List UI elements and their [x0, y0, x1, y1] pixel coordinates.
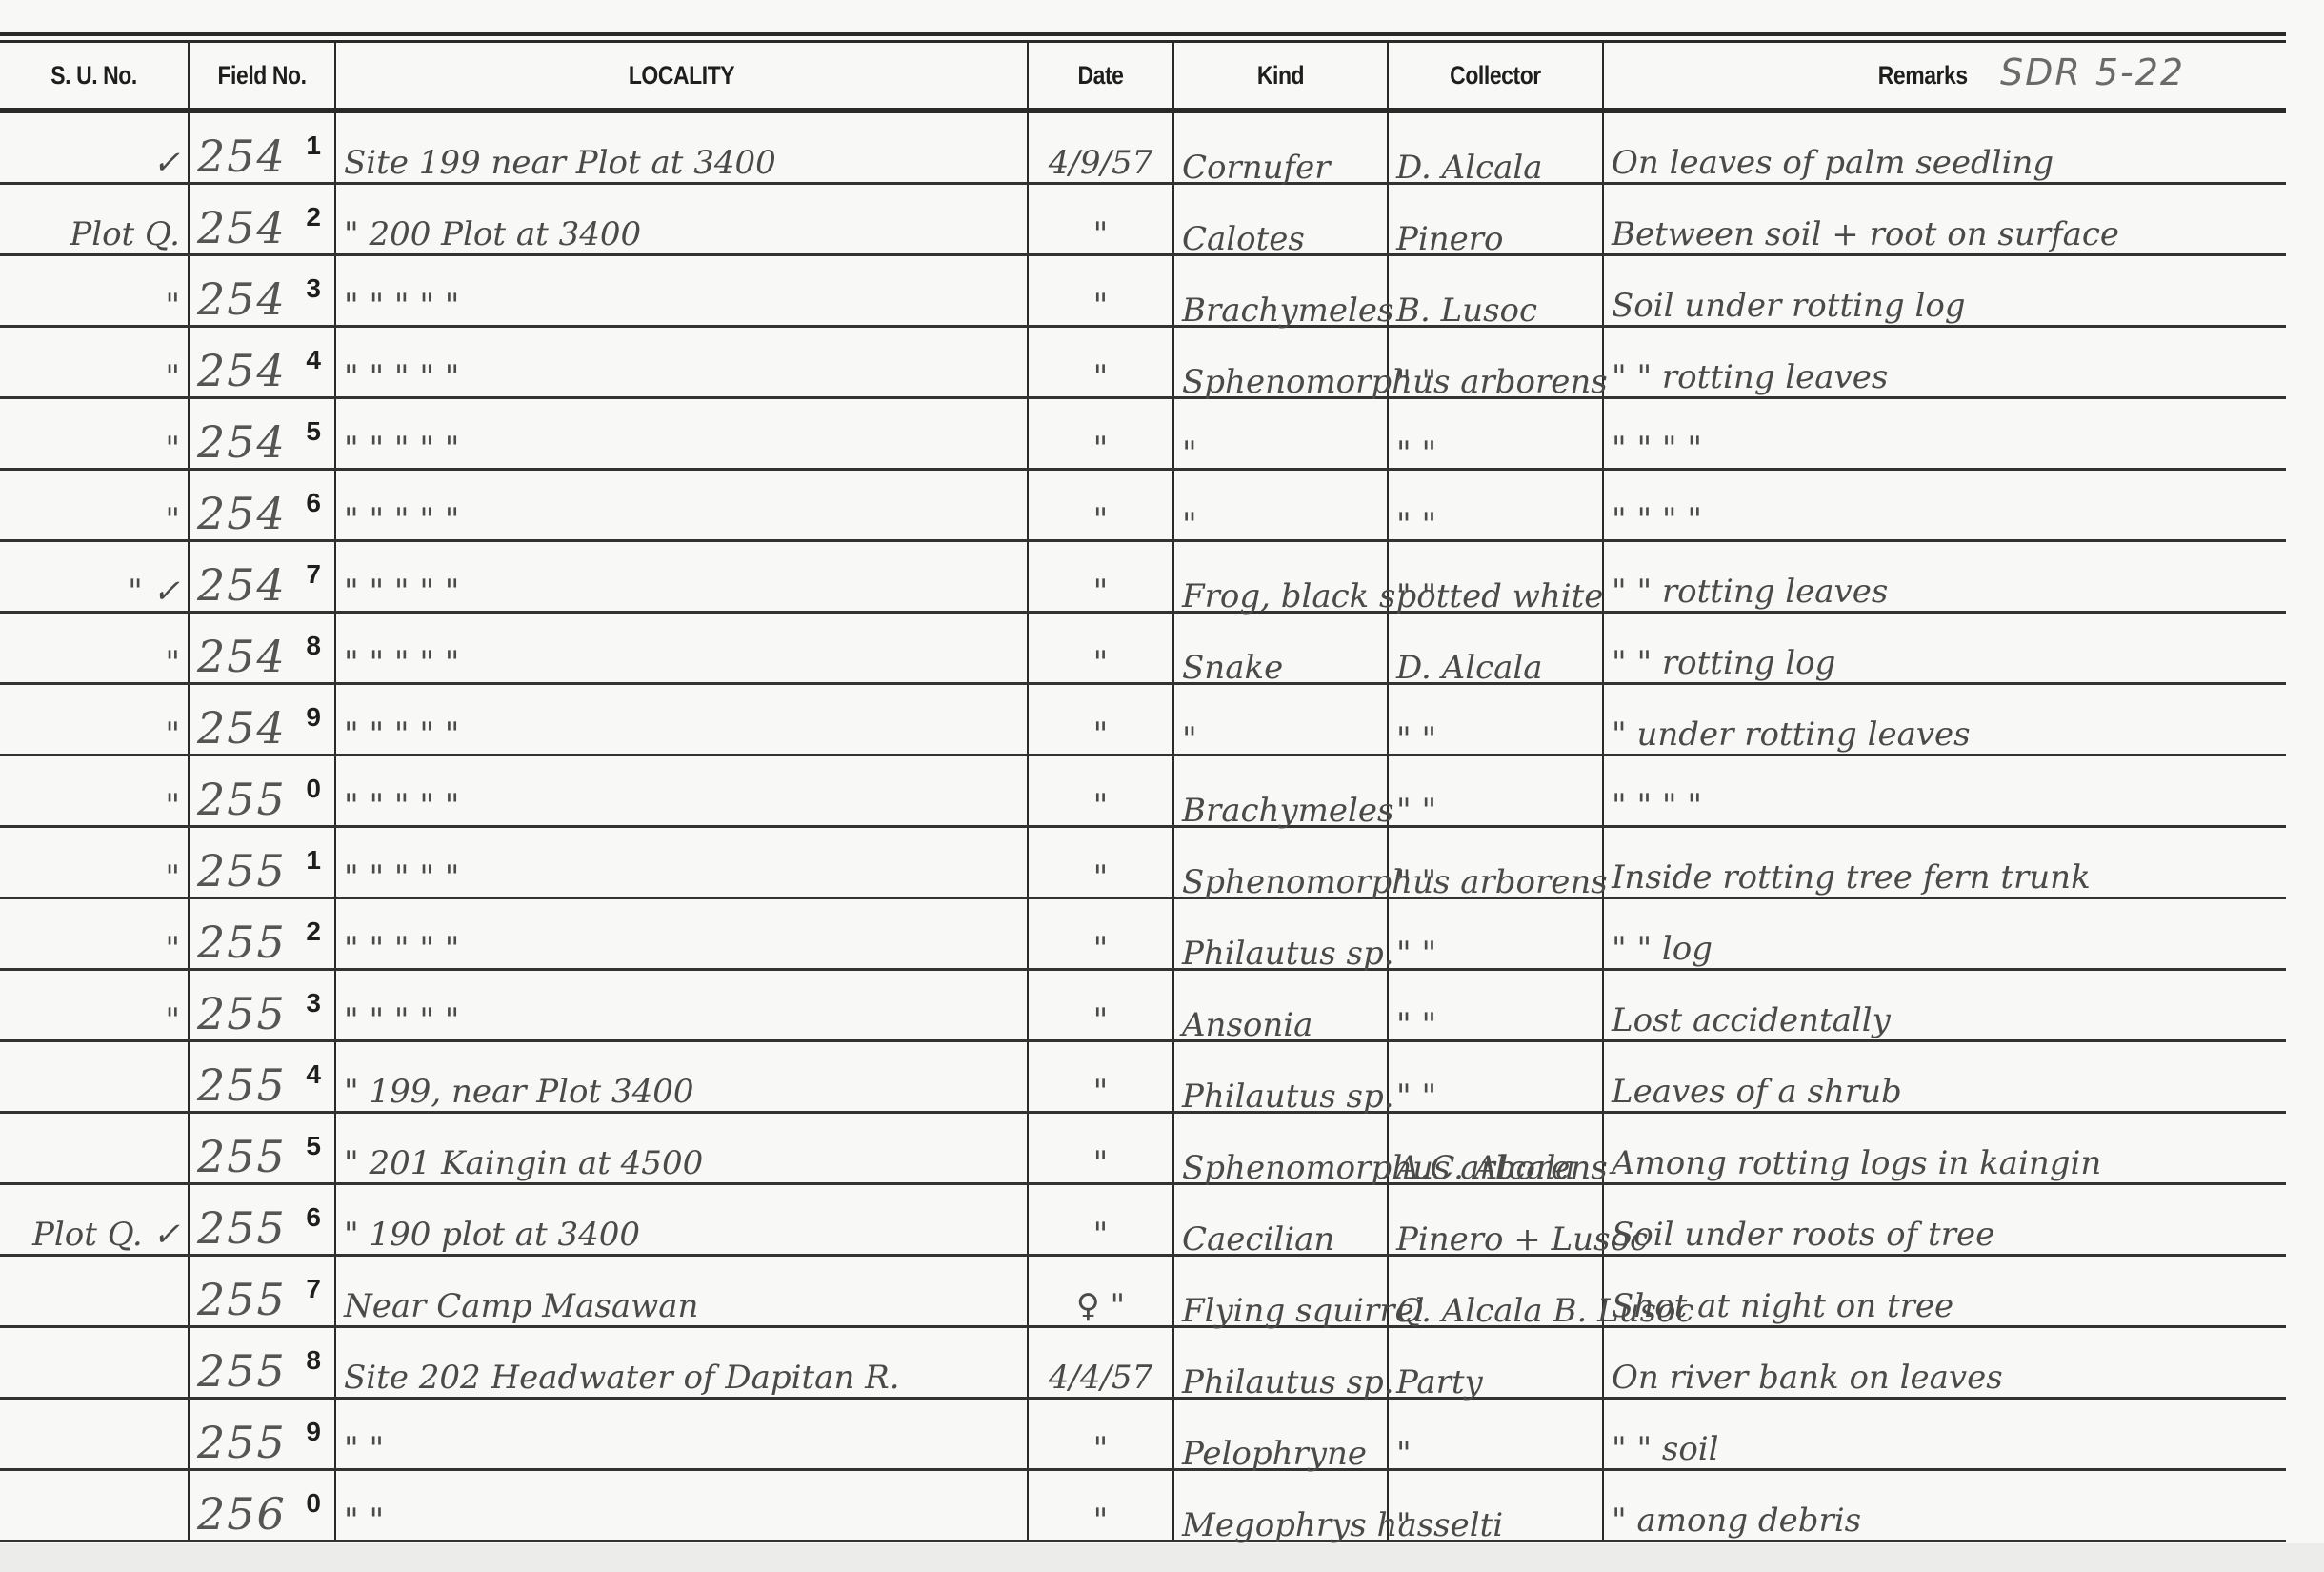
collector-cell: Party — [1388, 1327, 1603, 1399]
kind-cell: " — [1173, 398, 1388, 470]
collector-cell: " " — [1388, 970, 1603, 1041]
field-no-cell: 254 6 — [189, 470, 335, 541]
field-no-cell: 255 5 — [189, 1113, 335, 1184]
collector-cell: " " — [1388, 756, 1603, 827]
field-no-handwritten: 254 — [197, 345, 287, 396]
field-no-cell: 255 0 — [189, 756, 335, 827]
kind-cell: Brachymeles — [1173, 255, 1388, 327]
su-no-cell: " — [0, 827, 189, 898]
remarks-cell: " " rotting leaves — [1603, 327, 2286, 398]
date-cell: ♀ " — [1028, 1256, 1173, 1327]
locality-cell: Near Camp Masawan — [335, 1256, 1028, 1327]
date-cell: " — [1028, 1041, 1173, 1113]
header-field-no: Field No. — [200, 43, 325, 111]
field-no-handwritten: 255 — [197, 845, 287, 897]
table-row: " 255 2 " " " " " " Philautus sp. " " " … — [0, 898, 2286, 970]
field-no-printed-digit: 5 — [306, 1131, 321, 1161]
field-no-handwritten: 255 — [197, 774, 287, 825]
table-row: 255 4 " 199, near Plot 3400 " Philautus … — [0, 1041, 2286, 1113]
su-no-cell: " — [0, 398, 189, 470]
table-row: Plot Q. 254 2 " 200 Plot at 3400 " Calot… — [0, 184, 2286, 255]
collector-cell: Pinero + Lusoc — [1388, 1184, 1603, 1256]
table-body: ✓ 254 1 Site 199 near Plot at 3400 4/9/5… — [0, 111, 2286, 1542]
su-no-cell: " — [0, 613, 189, 684]
collector-cell: " " — [1388, 898, 1603, 970]
kind-cell: Cornufer — [1173, 111, 1388, 184]
locality-cell: " " " " " — [335, 255, 1028, 327]
table-row: 255 8 Site 202 Headwater of Dapitan R. 4… — [0, 1327, 2286, 1399]
collector-cell: " " — [1388, 827, 1603, 898]
table-row: " 254 5 " " " " " " " " " " " " " — [0, 398, 2286, 470]
collector-cell: " " — [1388, 470, 1603, 541]
header-date: Date — [1038, 43, 1162, 111]
field-no-cell: 254 8 — [189, 613, 335, 684]
locality-cell: " " " " " — [335, 613, 1028, 684]
header-su-no: S. U. No. — [14, 43, 174, 111]
su-no-cell: " — [0, 970, 189, 1041]
field-no-handwritten: 255 — [197, 917, 287, 968]
date-cell: " — [1028, 1184, 1173, 1256]
locality-cell: " 199, near Plot 3400 — [335, 1041, 1028, 1113]
date-cell: " — [1028, 470, 1173, 541]
su-no-cell — [0, 1470, 189, 1542]
field-no-printed-digit: 0 — [306, 774, 321, 804]
field-no-handwritten: 254 — [197, 631, 287, 682]
su-no-cell: " — [0, 684, 189, 756]
su-no-cell: " — [0, 898, 189, 970]
su-no-cell — [0, 1113, 189, 1184]
field-no-printed-digit: 2 — [306, 202, 321, 232]
date-cell: " — [1028, 1470, 1173, 1542]
locality-cell: " " " " " — [335, 327, 1028, 398]
locality-cell: " " " " " — [335, 398, 1028, 470]
header-row: S. U. No. Field No. LOCALITY Date Kind C… — [0, 43, 2286, 111]
collector-cell: " " — [1388, 684, 1603, 756]
header-locality: LOCALITY — [388, 43, 976, 111]
date-cell: 4/9/57 — [1028, 111, 1173, 184]
table-row: 255 5 " 201 Kaingin at 4500 " Sphenomorp… — [0, 1113, 2286, 1184]
collector-cell: " " — [1388, 1041, 1603, 1113]
date-cell: 4/4/57 — [1028, 1327, 1173, 1399]
field-no-cell: 255 4 — [189, 1041, 335, 1113]
remarks-cell: " " rotting log — [1603, 613, 2286, 684]
su-no-cell: " — [0, 327, 189, 398]
su-no-cell: ✓ — [0, 111, 189, 184]
kind-cell: " — [1173, 684, 1388, 756]
table-row: " ✓ 254 7 " " " " " " Frog, black spotte… — [0, 541, 2286, 613]
date-cell: " — [1028, 327, 1173, 398]
kind-cell: Pelophryne — [1173, 1399, 1388, 1470]
table-row: " 255 3 " " " " " " Ansonia " " Lost acc… — [0, 970, 2286, 1041]
locality-cell: " " " " " — [335, 684, 1028, 756]
locality-cell: " " " " " — [335, 541, 1028, 613]
remarks-cell: " under rotting leaves — [1603, 684, 2286, 756]
field-no-cell: 255 1 — [189, 827, 335, 898]
su-no-cell — [0, 1399, 189, 1470]
date-cell: " — [1028, 398, 1173, 470]
field-no-printed-digit: 3 — [306, 273, 321, 304]
field-no-cell: 254 2 — [189, 184, 335, 255]
date-cell: " — [1028, 684, 1173, 756]
field-no-handwritten: 256 — [197, 1488, 287, 1540]
remarks-cell: " " log — [1603, 898, 2286, 970]
locality-cell: " " — [335, 1399, 1028, 1470]
remarks-cell: Lost accidentally — [1603, 970, 2286, 1041]
table-row: " 254 9 " " " " " " " " " " under rottin… — [0, 684, 2286, 756]
table-row: 255 9 " " " Pelophryne " " " soil — [0, 1399, 2286, 1470]
kind-cell: Calotes — [1173, 184, 1388, 255]
field-no-handwritten: 254 — [197, 488, 287, 539]
date-cell: " — [1028, 898, 1173, 970]
locality-cell: Site 202 Headwater of Dapitan R. — [335, 1327, 1028, 1399]
locality-cell: " 190 plot at 3400 — [335, 1184, 1028, 1256]
collector-cell: Pinero — [1388, 184, 1603, 255]
field-no-cell: 254 4 — [189, 327, 335, 398]
su-no-cell: " — [0, 255, 189, 327]
field-no-handwritten: 254 — [197, 131, 287, 182]
field-no-printed-digit: 1 — [306, 131, 321, 161]
field-no-printed-digit: 1 — [306, 845, 321, 876]
ledger-sheet: S. U. No. Field No. LOCALITY Date Kind C… — [0, 0, 2324, 1572]
collector-cell: " — [1388, 1470, 1603, 1542]
collector-cell: Q. Alcala B. Lusoc — [1388, 1256, 1603, 1327]
kind-cell: Ansonia — [1173, 970, 1388, 1041]
su-no-cell: " — [0, 470, 189, 541]
date-cell: " — [1028, 613, 1173, 684]
table-row: " 254 3 " " " " " " Brachymeles B. Lusoc… — [0, 255, 2286, 327]
field-no-cell: 255 6 — [189, 1184, 335, 1256]
date-cell: " — [1028, 184, 1173, 255]
top-double-rule — [0, 32, 2286, 36]
date-cell: " — [1028, 541, 1173, 613]
collector-cell: B. Lusoc — [1388, 255, 1603, 327]
remarks-cell: " " soil — [1603, 1399, 2286, 1470]
remarks-cell: " among debris — [1603, 1470, 2286, 1542]
remarks-cell: Shot at night on tree — [1603, 1256, 2286, 1327]
field-no-handwritten: 255 — [197, 1345, 287, 1397]
table-row: 256 0 " " " Megophrys hasselti " " among… — [0, 1470, 2286, 1542]
field-no-printed-digit: 8 — [306, 1345, 321, 1376]
field-no-handwritten: 254 — [197, 416, 287, 468]
remarks-cell: Between soil + root on surface — [1603, 184, 2286, 255]
kind-cell: Sphenomorphus arborens — [1173, 327, 1388, 398]
table-row: " 255 1 " " " " " " Sphenomorphus arbore… — [0, 827, 2286, 898]
field-no-printed-digit: 9 — [306, 1417, 321, 1447]
locality-cell: " " " " " — [335, 827, 1028, 898]
kind-cell: Frog, black spotted white — [1173, 541, 1388, 613]
table-row: " 254 6 " " " " " " " " " " " " " — [0, 470, 2286, 541]
date-cell: " — [1028, 1113, 1173, 1184]
date-cell: " — [1028, 970, 1173, 1041]
field-no-printed-digit: 2 — [306, 917, 321, 947]
field-no-handwritten: 255 — [197, 1202, 287, 1254]
field-no-handwritten: 254 — [197, 273, 287, 325]
remarks-cell: Leaves of a shrub — [1603, 1041, 2286, 1113]
field-no-handwritten: 255 — [197, 1059, 287, 1111]
collector-cell: " " — [1388, 398, 1603, 470]
su-no-cell — [0, 1256, 189, 1327]
table-row: Plot Q. ✓ 255 6 " 190 plot at 3400 " Cae… — [0, 1184, 2286, 1256]
field-no-printed-digit: 0 — [306, 1488, 321, 1519]
field-no-cell: 255 7 — [189, 1256, 335, 1327]
field-no-printed-digit: 4 — [306, 1059, 321, 1090]
table-row: " 255 0 " " " " " " Brachymeles " " " " … — [0, 756, 2286, 827]
table-row: ✓ 254 1 Site 199 near Plot at 3400 4/9/5… — [0, 111, 2286, 184]
kind-cell: Sphenomorphus arborens — [1173, 827, 1388, 898]
remarks-cell: " " " " — [1603, 470, 2286, 541]
su-no-cell: Plot Q. — [0, 184, 189, 255]
kind-cell: Philautus sp. — [1173, 898, 1388, 970]
remarks-cell: On leaves of palm seedling — [1603, 111, 2286, 184]
remarks-cell: On river bank on leaves — [1603, 1327, 2286, 1399]
header-collector: Collector — [1404, 43, 1587, 111]
field-no-cell: 254 9 — [189, 684, 335, 756]
field-no-printed-digit: 9 — [306, 702, 321, 733]
remarks-cell: " " " " — [1603, 398, 2286, 470]
field-no-handwritten: 254 — [197, 702, 287, 754]
locality-cell: " " " " " — [335, 470, 1028, 541]
date-cell: " — [1028, 756, 1173, 827]
su-no-cell — [0, 1041, 189, 1113]
field-no-cell: 255 9 — [189, 1399, 335, 1470]
kind-cell: Philautus sp. — [1173, 1327, 1388, 1399]
catalog-table: S. U. No. Field No. LOCALITY Date Kind C… — [0, 43, 2286, 1542]
su-no-cell — [0, 1327, 189, 1399]
field-no-cell: 254 3 — [189, 255, 335, 327]
su-no-cell: Plot Q. ✓ — [0, 1184, 189, 1256]
date-cell: " — [1028, 1399, 1173, 1470]
table-row: 255 7 Near Camp Masawan ♀ " Flying squir… — [0, 1256, 2286, 1327]
table-row: " 254 4 " " " " " " Sphenomorphus arbore… — [0, 327, 2286, 398]
date-cell: " — [1028, 827, 1173, 898]
remarks-cell: " " " " — [1603, 756, 2286, 827]
field-no-cell: 254 5 — [189, 398, 335, 470]
field-no-printed-digit: 6 — [306, 1202, 321, 1233]
locality-cell: " " " " " — [335, 756, 1028, 827]
su-no-cell: " ✓ — [0, 541, 189, 613]
header-kind: Kind — [1190, 43, 1372, 111]
page-bottom-edge — [0, 1543, 2324, 1572]
kind-cell: Brachymeles — [1173, 756, 1388, 827]
remarks-cell: Among rotting logs in kaingin — [1603, 1113, 2286, 1184]
field-no-printed-digit: 5 — [306, 416, 321, 447]
kind-cell: Snake — [1173, 613, 1388, 684]
kind-cell: Sphenomorphus arborens — [1173, 1113, 1388, 1184]
field-no-cell: 255 8 — [189, 1327, 335, 1399]
field-no-cell: 256 0 — [189, 1470, 335, 1542]
field-no-printed-digit: 8 — [306, 631, 321, 661]
field-no-cell: 254 7 — [189, 541, 335, 613]
kind-cell: Philautus sp. — [1173, 1041, 1388, 1113]
field-no-printed-digit: 7 — [306, 559, 321, 590]
remarks-cell: Inside rotting tree fern trunk — [1603, 827, 2286, 898]
field-no-handwritten: 254 — [197, 202, 287, 253]
collector-cell: D. Alcala — [1388, 613, 1603, 684]
collector-cell: A.C. Alcala — [1388, 1113, 1603, 1184]
field-no-handwritten: 254 — [197, 559, 287, 611]
field-no-printed-digit: 7 — [306, 1274, 321, 1304]
collector-cell: " — [1388, 1399, 1603, 1470]
collector-cell: " " — [1388, 327, 1603, 398]
collector-cell: D. Alcala — [1388, 111, 1603, 184]
remarks-annotation: SDR 5-22 — [2000, 51, 2185, 93]
su-no-cell: " — [0, 756, 189, 827]
locality-cell: " 201 Kaingin at 4500 — [335, 1113, 1028, 1184]
kind-cell: Caecilian — [1173, 1184, 1388, 1256]
kind-cell: " — [1173, 470, 1388, 541]
remarks-cell: Soil under roots of tree — [1603, 1184, 2286, 1256]
locality-cell: " " " " " — [335, 970, 1028, 1041]
field-no-cell: 254 1 — [189, 111, 335, 184]
remarks-cell: " " rotting leaves — [1603, 541, 2286, 613]
remarks-cell: Soil under rotting log — [1603, 255, 2286, 327]
locality-cell: Site 199 near Plot at 3400 — [335, 111, 1028, 184]
date-cell: " — [1028, 255, 1173, 327]
kind-cell: Flying squirrel — [1173, 1256, 1388, 1327]
field-no-handwritten: 255 — [197, 1417, 287, 1468]
field-no-handwritten: 255 — [197, 1131, 287, 1182]
kind-cell: Megophrys hasselti — [1173, 1470, 1388, 1542]
field-no-handwritten: 255 — [197, 988, 287, 1039]
field-no-printed-digit: 6 — [306, 488, 321, 518]
field-no-handwritten: 255 — [197, 1274, 287, 1325]
collector-cell: " " — [1388, 541, 1603, 613]
field-no-cell: 255 2 — [189, 898, 335, 970]
field-no-printed-digit: 3 — [306, 988, 321, 1018]
locality-cell: " " — [335, 1470, 1028, 1542]
field-no-printed-digit: 4 — [306, 345, 321, 375]
field-no-cell: 255 3 — [189, 970, 335, 1041]
locality-cell: " " " " " — [335, 898, 1028, 970]
locality-cell: " 200 Plot at 3400 — [335, 184, 1028, 255]
table-row: " 254 8 " " " " " " Snake D. Alcala " " … — [0, 613, 2286, 684]
